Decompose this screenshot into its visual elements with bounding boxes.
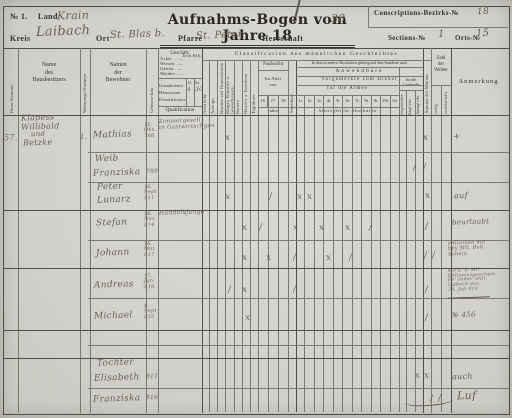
class-col-label: Geistliche [203,62,208,114]
armee-col: 5r [334,95,343,107]
grid-cell: Untaugliche [416,90,423,412]
armee-col: 7r [353,95,362,107]
tally-mark: x [422,133,428,143]
hw-row10-remark: auch [452,373,473,382]
herrschaft-label: Herrschaft [262,34,303,43]
armee-age-cols: 1r 2r 3r 4r 5r 6r 7r 8r 9r 10r 11r [296,95,399,107]
age-16: 16 [258,95,268,107]
class-col-label: Taglöhner [252,62,257,114]
grid-cell: Bauern [235,60,243,412]
hw-kreis-value: Laibach [36,24,91,40]
col-wohnung-label: Wohnungs-Nummer [83,52,88,113]
tally-mark: x [241,223,247,233]
hw-row1-birth: 16. Okt. 766 [144,123,156,139]
rule [3,210,509,211]
grid-cell: Vorgemerkte [399,90,407,412]
tally-mark: x [241,253,247,263]
grid-cell: ledig [431,85,442,412]
geschaeft-steuer-rows: Grundsteuer Haussteuer Erwerbsteuer [159,82,187,104]
armee-col: 2r [305,95,314,107]
landwehr-col-label: Untaugliche [417,92,421,116]
grid-cell: Geistliche [202,60,210,412]
grid-cell: Häusler u. Inwohner [243,60,251,412]
armee-col: 1r [296,95,305,107]
hw-row10-name: Elisabeth [94,373,140,384]
hw-row5-name: Johann [96,248,130,259]
nachsicht-sub: Im Alter von [258,76,288,87]
conscriptions-label: Conscriptions-Bezirks-№ [374,9,459,17]
grid-cell: Beamte und Honoratioren [218,60,226,412]
tally-mark: x [325,253,331,263]
rule [288,60,289,412]
landwehr-columns: Vorgemerkte Taugliche Untaugliche [399,90,423,412]
rule [3,115,509,116]
rule [368,6,369,27]
grid-cell: Taglöhner [251,60,258,412]
hw-row11-remark: Luf [457,390,477,402]
weiber-title: Zahl der Weiber [431,56,451,74]
grid-cell: Adelige [210,60,218,412]
rule [88,152,509,153]
hw-land-value: Krain [57,9,90,22]
rule [278,95,279,412]
col-hausnummer-header: Haus-Nummer [6,52,18,113]
tally-mark: x [224,192,230,202]
sheet-number: № 1. [10,12,28,21]
tally-mark: x [241,285,247,295]
hw-row7-name: Michael [94,311,133,322]
rule [399,90,423,91]
hw-row6-name: Andreas [94,280,134,291]
rule [296,76,423,77]
hw-row10-relation: Tochter [97,358,134,369]
nachsicht-title: Nachsicht [258,62,288,68]
summe-column: Summe der Männer [423,52,431,113]
age-18: 18 [279,95,288,107]
hw-row10-birth: 811 [146,374,159,381]
sections-label: Sections-№ [388,34,426,42]
geschaeft-units: Joch Klft. [178,53,202,59]
anwendbare-line: In dem in andern Abschnitten gehörig und… [296,61,423,66]
anmerkung-header: Anmerkung [451,78,506,86]
nachsicht-ages: 16 17 18 [258,95,288,107]
kreis-label: Kreis [10,34,31,43]
armee-col: 8r [362,95,371,107]
hw-row11-name: Franziska [93,394,141,405]
ort-label: Ort [96,34,110,43]
rule [3,268,509,269]
hw-wohnung-number: 1. [80,134,88,142]
hw-row4-remark: beurlaubt [452,218,490,227]
rule [296,67,423,68]
anwendbare-title: Anwendbare [296,68,423,75]
summe-label: Summe der Männer [425,52,430,113]
hw-steuer-kr: 30 [195,87,203,94]
grid-cell: Bürger, Künstler u. Gewerbsleute [226,60,234,412]
landwehr-label: für die Landwehr [399,78,423,88]
rule [431,85,451,86]
col-geburtsjahr-label: Geburts-Jahr [150,52,155,113]
rule [296,60,297,412]
hw-conscriptions-value: 18 [477,8,489,18]
class-col-label: Beamte und Honoratioren [220,62,225,114]
rule [258,95,399,96]
grid-cell: Taugliche [407,90,415,412]
col-geburtsjahr-header: Geburts-Jahr [146,52,158,113]
rule [88,182,509,183]
class-col-label: Häusler u. Inwohner [244,62,249,114]
hw-row7-birth: 4. Sept 822 [144,304,157,320]
armee-col: 10r [381,95,390,107]
hw-row1-name: Mathias [93,130,132,141]
tally-mark: x [344,223,350,233]
hw-row3-remark: auf [454,192,468,201]
tally-mark: x [423,371,429,381]
hw-row2-relation: Weib [95,155,119,165]
streitbare-column: Streitbare [288,60,296,113]
col-wohnung-header: Wohnungs-Nummer [80,52,90,113]
hw-row2-name: Franziska [93,168,141,179]
tally-mark: x [414,371,420,381]
hw-ort-value: St. Blas b. [110,29,165,41]
tally-mark: x [265,253,271,263]
tally-mark: x [292,223,298,233]
hw-row11-birth: 816 [146,395,159,402]
class-col-label: Bauern [236,62,241,114]
armee-label: für die Armee [296,86,399,92]
hw-row3-name1: Peter [97,183,123,193]
weiber-ledig-label: ledig [434,87,439,114]
class-columns: Geistliche Adelige Beamte und Honoratior… [202,60,258,412]
class-col-label: Bürger, Künstler u. Gewerbsleute [226,62,233,114]
hw-orts-value: 15 [476,29,490,40]
census-sheet: № 1. Land Aufnahms-Bogen vom Jahre 18 Co… [0,0,512,418]
col-hausnummer-label: Haus-Nummer [10,52,15,113]
rule [88,298,509,299]
geschaeft-fl-header: fl. [186,80,194,86]
armee-col: 3r [315,95,324,107]
hw-pfarre-value: St. Peter [196,30,243,42]
rule [258,70,288,71]
streitbare-label: Streitbare [290,60,295,113]
rule [3,48,509,49]
rule [202,60,431,61]
hw-row7-remark: № 456 [452,312,476,320]
hw-row1-qualification: Zimmergesell in Gastwirtschgen [159,118,215,131]
land-label: Land [38,12,58,21]
hw-row6-birth: 17. Jun. 819 [144,274,156,290]
col-hausbesitzer-header: Name des Hausbesitzers [18,62,80,85]
rule [88,345,509,346]
geschaeft-land-rows: Äcker . . — Wiesen . — Gärten . — Weiden… [160,57,194,77]
hw-row5-birth: 16. Mai 817 [144,242,155,258]
hw-row6-remark: Mit k. k. Mil. Entlassungsschein für imm… [448,268,496,293]
landwehr-col-label: Vorgemerkte [401,92,405,116]
rule [158,78,202,79]
rule [296,85,423,86]
landwehr-col-label: Taugliche [409,92,413,116]
armee-col: 6r [343,95,352,107]
tally-mark: x [296,192,302,202]
rule [258,60,259,412]
geschaeft-kr-header: kr. [194,80,202,86]
hw-row5-remark: entlassen mit bey Mil. Beh. Schein [448,240,486,257]
tally-mark: x [244,313,250,323]
class-col-label: Adelige [211,62,216,114]
classification-heading: Classification des männlichen Geschlecht… [202,51,431,58]
hw-row3-name2: Lunarz [97,195,131,206]
hw-owner-line4: Betzke [23,138,53,147]
armee-col: 11r [391,95,399,107]
hw-row4-name: Stefan [96,218,128,229]
tally-mark: x [306,192,312,202]
hw-sections-value: 1 [438,30,445,41]
rule [258,107,399,108]
tally-mark: x [318,223,324,233]
rule [3,330,509,331]
col-bewohner-header: Namen der Bewohner [90,62,146,85]
hw-row4-birth: 16. Nov. 814 [144,212,157,228]
armee-col: 9r [372,95,381,107]
hw-row3-birth: 16. Sept 811 [144,185,157,201]
nachsicht-jahre: Jahre [258,108,288,114]
rule [88,388,509,389]
hw-steuer-fl: 4 [187,87,191,93]
hw-row2-birth: 789 [146,169,159,176]
rule [3,358,509,359]
tally-mark: x [424,191,430,201]
hw-house-number: 57. [4,134,18,143]
armee-col: 4r [324,95,333,107]
tally-mark: + [452,132,461,143]
tally-mark: x [224,133,230,143]
qualification-label: Qualification [158,107,202,114]
weiber-verehelicht-label: verehelicht [444,87,449,114]
hw-year-value: 30 [331,13,346,25]
